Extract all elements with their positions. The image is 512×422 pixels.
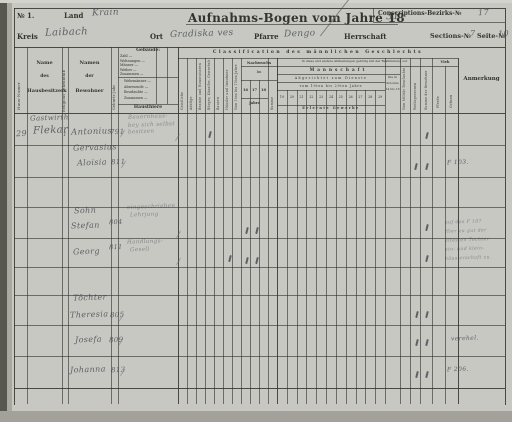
mannschaft-age-label: 28 [365,95,375,99]
classification-vcol-label: Häusler und Inwohner [225,60,229,110]
classification-vcol-label: Bürger, Künstler, Gewerbsleute [207,60,211,110]
mannschaft-age-label: 22 [306,95,316,99]
mannschaft-age-label: 20 [287,95,297,99]
classification-vcol-label: Geistliche [180,60,184,110]
mannschaft-age-label: 27 [356,95,366,99]
mannschaft-age-label: 19 [277,95,287,99]
mannschaft-age-label: 24 [326,95,336,99]
classification-vcol-label: Beamte und Honoratioren [198,60,202,110]
mannschaft-age-label: 21 [297,95,307,99]
mannschaft-age-label: 26 [346,95,356,99]
mannschaft-age-label: 23 [316,95,326,99]
mannschaft-age-label: 29 [375,95,385,99]
scanned-form-page: № 1. Land Krain Aufnahms-Bogen vom Jahre… [0,0,512,422]
classification-vcol-label: Adelige [189,60,193,110]
age-and-class-labels: GeistlicheAdeligeBeamte und Honoratioren… [0,0,512,422]
classification-vcol-label: Bauern [216,60,220,110]
mannschaft-age-label: 25 [336,95,346,99]
classification-vcol-label: Vom 1ten bis 15ten Jahre [234,60,238,110]
